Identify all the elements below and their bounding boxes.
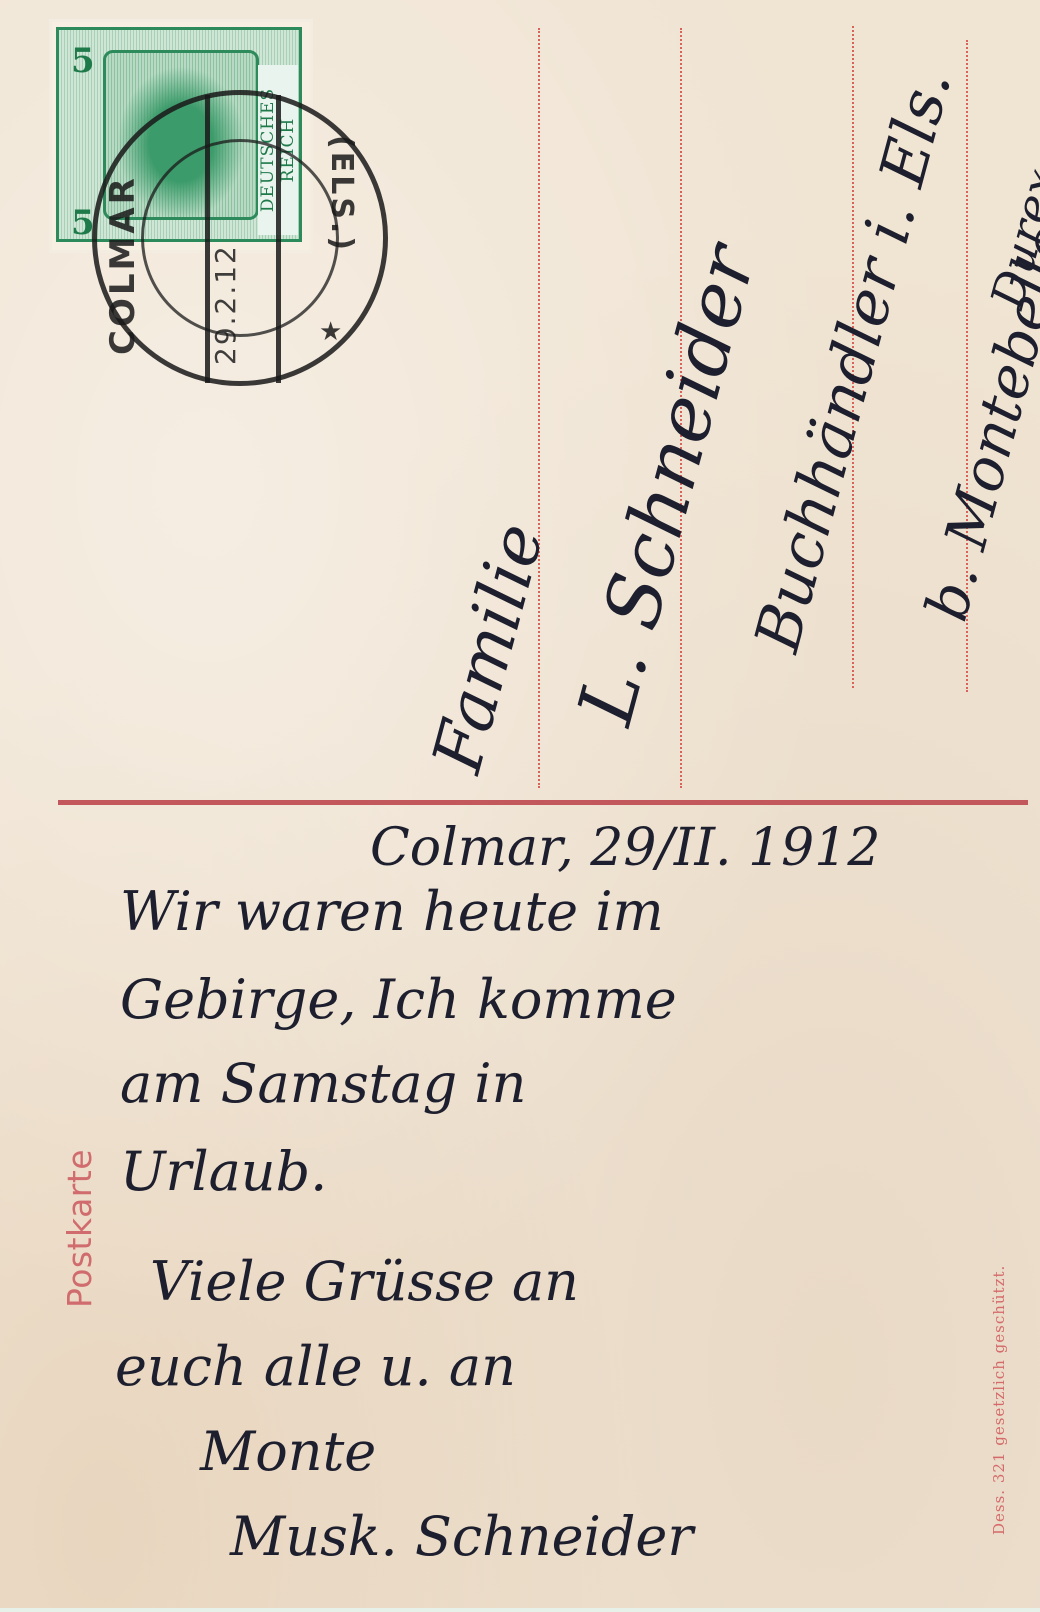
star-icon: ★: [319, 317, 342, 347]
scan-edge: [0, 1608, 1040, 1612]
address-guide-line: [538, 28, 540, 788]
message-line: Gebirge, Ich komme: [120, 968, 677, 1031]
address-message-divider: [58, 800, 1028, 805]
message-line: Monte: [200, 1420, 376, 1483]
message-signature: Musk. Schneider: [230, 1505, 693, 1568]
address-line: L. Schneider: [560, 236, 773, 733]
message-line: euch alle u. an: [115, 1335, 516, 1398]
message-place-date: Colmar, 29/II. 1912: [370, 818, 880, 878]
postmark-date: 29.2.12: [209, 165, 242, 365]
postmark-cancellation: COLMAR (ELS.) 29.2.12 ★: [92, 90, 388, 386]
message-line: Viele Grüsse an: [150, 1250, 579, 1313]
postcard: 5 5 DEUTSCHES REICH COLMAR (ELS.) 29.2.1…: [0, 0, 1040, 1612]
postmark-city: COLMAR: [103, 175, 143, 355]
message-line: Urlaub.: [120, 1140, 327, 1203]
message-line: am Samstag in: [120, 1052, 526, 1115]
copyright-note: Dess. 321 gesetzlich geschützt.: [990, 1265, 1008, 1535]
stamp-value-top: 5: [71, 44, 95, 78]
message-line: Wir waren heute im: [120, 880, 664, 943]
address-line: Durex: [980, 163, 1040, 314]
postkarte-label: Postkarte: [60, 1149, 99, 1308]
postmark-region: (ELS.): [324, 135, 359, 253]
